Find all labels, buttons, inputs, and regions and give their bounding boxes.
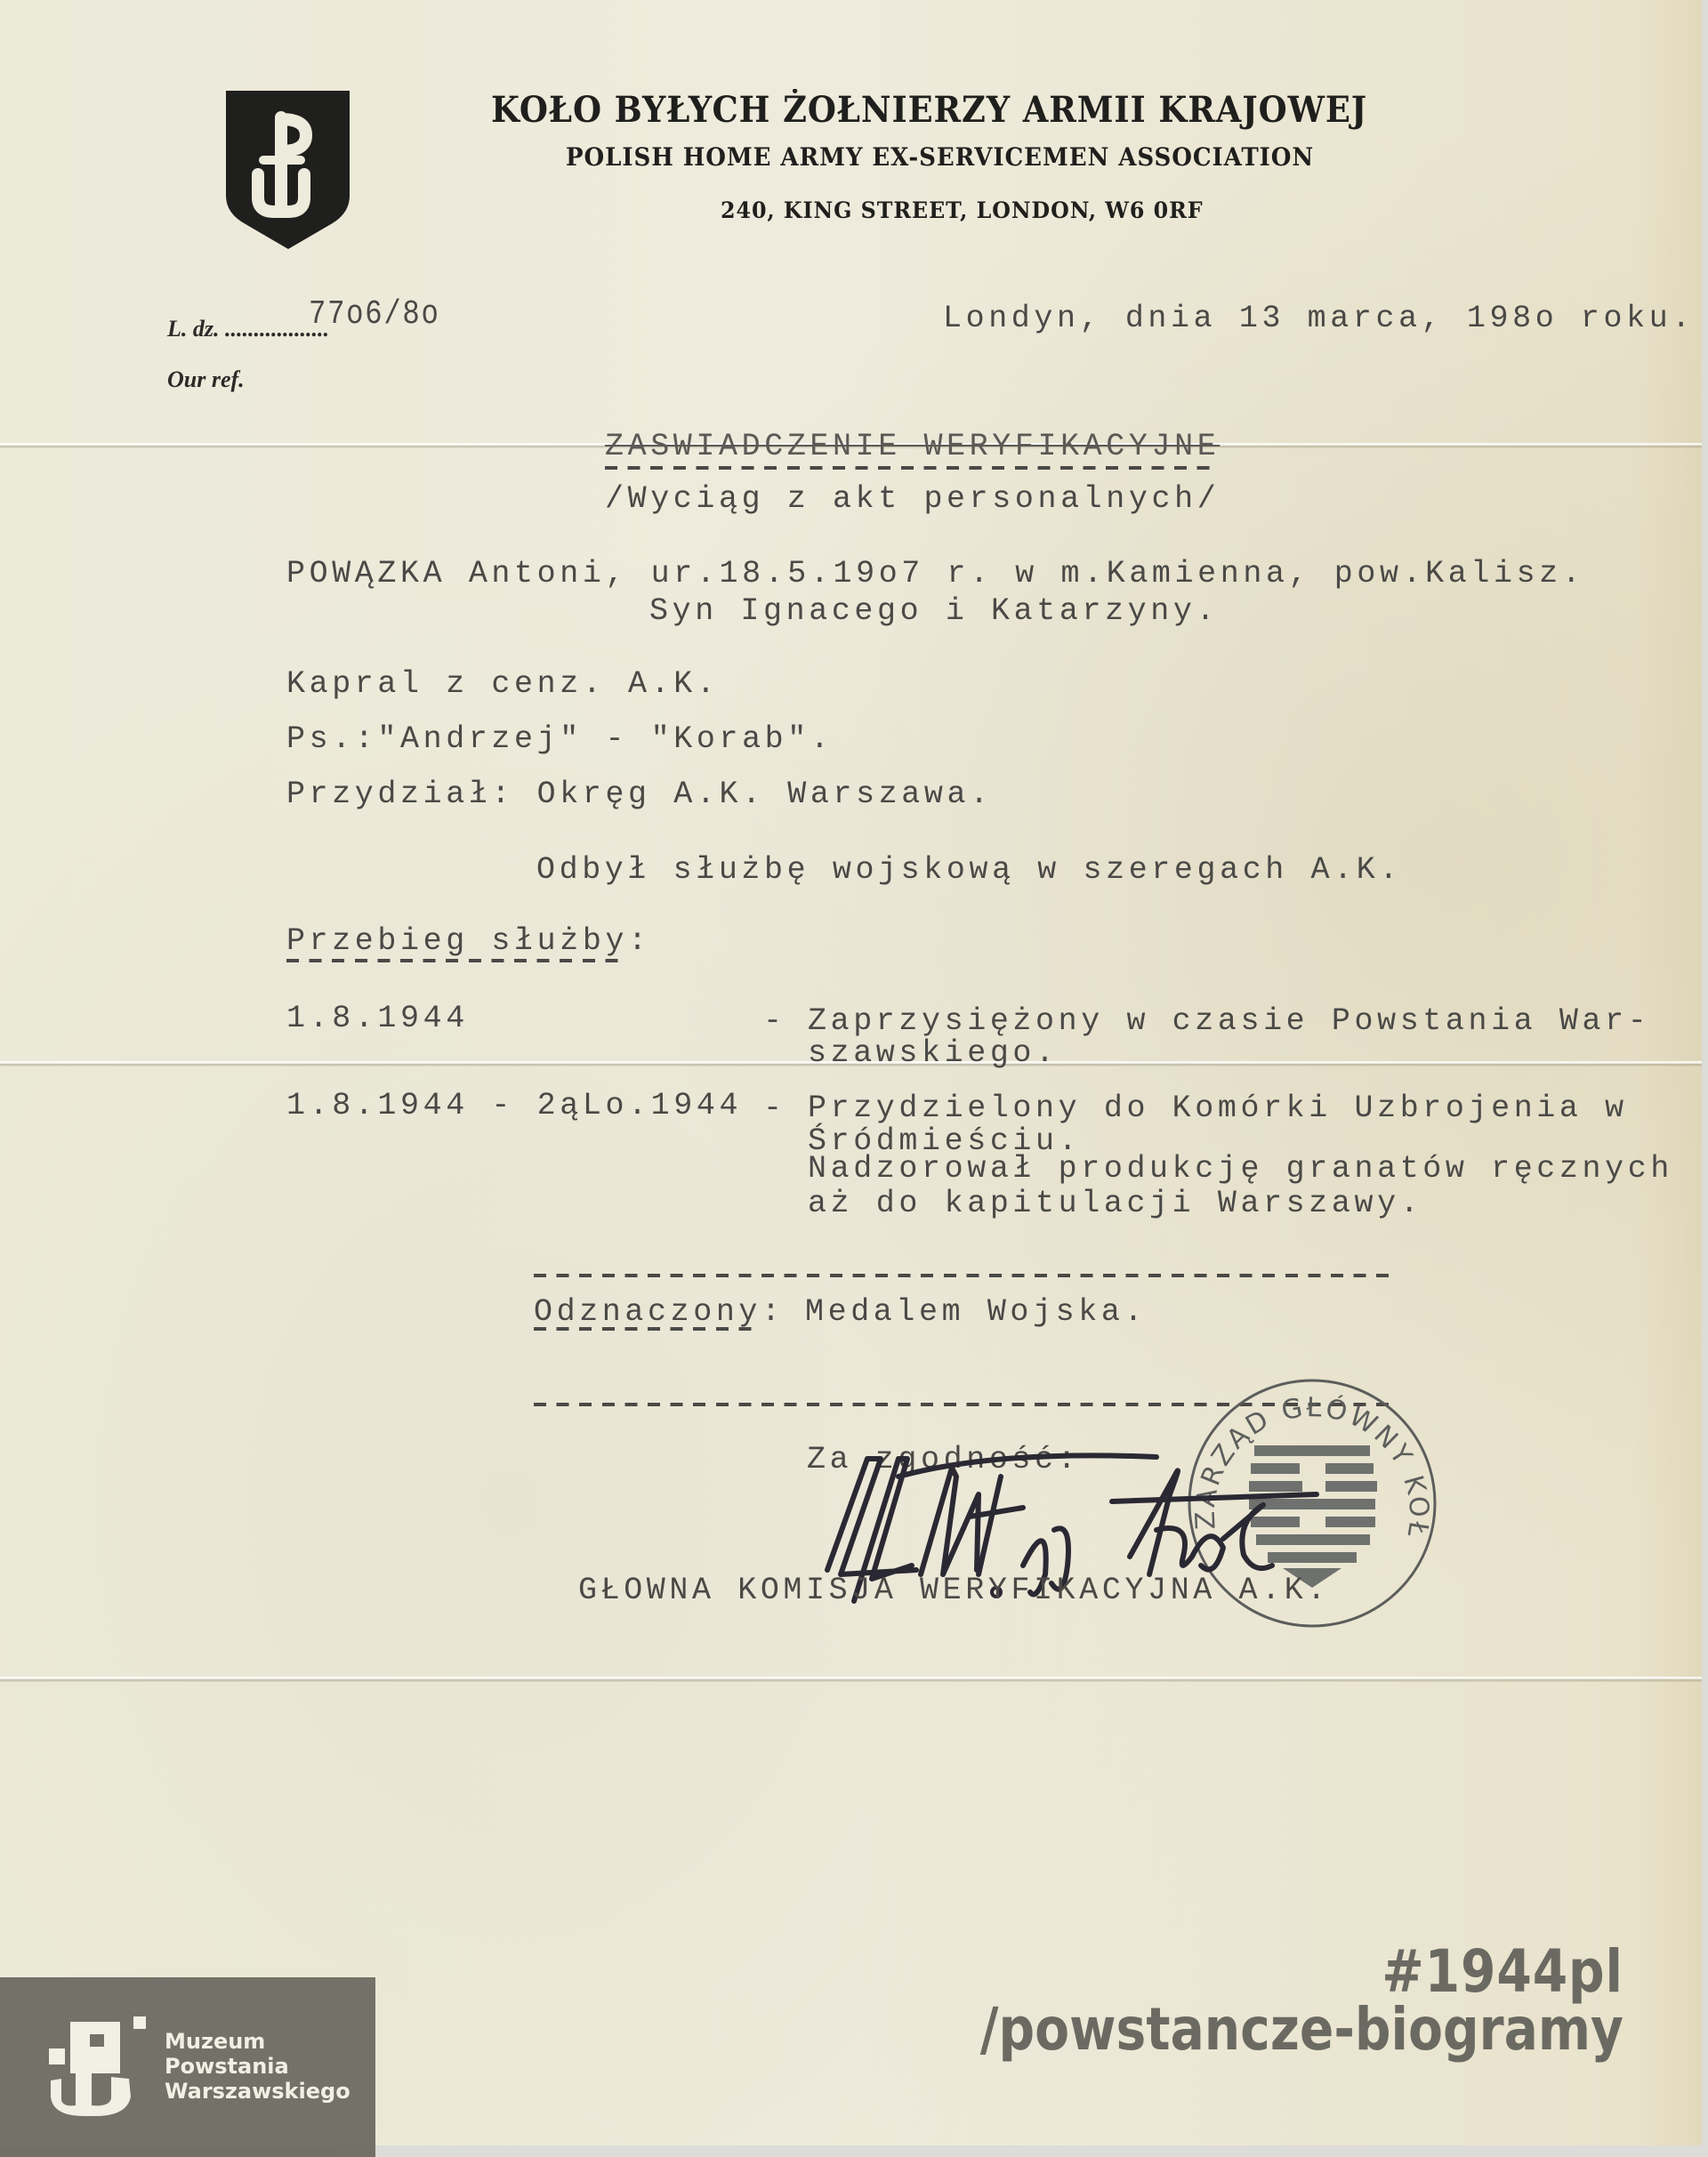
title-underline: [605, 466, 1219, 470]
ldz-value: 77o6/8o: [309, 298, 440, 332]
pseudonym-line: Ps.:"Andrzej" - "Korab".: [286, 724, 833, 755]
entry-dash: -: [763, 1093, 786, 1124]
decoration-value: Medalem Wojska.: [805, 1297, 1147, 1328]
museum-badge: Muzeum Powstania Warszawskiego: [0, 1977, 375, 2157]
museum-name-line: Powstania: [165, 2054, 350, 2079]
assignment-line: Przydział: Okręg A.K. Warszawa.: [286, 779, 993, 810]
org-name-en: POLISH HOME ARMY EX-SERVICEMEN ASSOCIATI…: [566, 142, 1314, 172]
person-line: POWĄZKA Antoni, ur.18.5.19o7 r. w m.Kami…: [286, 559, 1584, 590]
document-title: ZASWIADCZENIE WERYFIKACYJNE: [605, 431, 1220, 463]
date-line: Londyn, dnia 13 marca, 198o roku.: [943, 303, 1695, 334]
entry-line: Przydzielony do Komórki Uzbrojenia w: [808, 1093, 1628, 1124]
heading-underline: [286, 959, 624, 962]
museum-logo-icon: [49, 2011, 147, 2118]
service-history-heading: Przebieg służby:: [286, 926, 651, 957]
entry-line: szawskiego.: [808, 1038, 1059, 1069]
decoration-underline: [534, 1327, 756, 1331]
separator-dashes: [534, 1274, 1392, 1277]
ldz-label: L. dz. ..................: [167, 316, 329, 342]
org-name-pl: KOŁO BYŁYCH ŻOŁNIERZY ARMII KRAJOWEJ: [491, 89, 1367, 131]
decoration-label: Odznaczony:: [534, 1297, 785, 1328]
entry-line: Nadzorował produkcję granatów ręcznych: [808, 1154, 1673, 1185]
entry-dash: -: [763, 1006, 786, 1037]
entry-date: 1.8.1944: [286, 1003, 469, 1034]
museum-name-line: Warszawskiego: [165, 2079, 350, 2104]
entry-line: aż do kapitulacji Warszawy.: [808, 1188, 1422, 1219]
our-ref-label: Our ref.: [167, 366, 245, 393]
biogram-path-label: /powstancze-biogramy: [980, 1995, 1623, 2064]
parents-line: Syn Ignacego i Katarzyny.: [649, 596, 1219, 627]
org-address: 240, KING STREET, LONDON, W6 0RF: [721, 197, 1204, 223]
document-subtitle: /Wyciąg z akt personalnych/: [605, 484, 1220, 515]
signatory-line: GŁOWNA KOMISJA WERYFIKACYJNA A.K.: [578, 1575, 1330, 1606]
museum-name: Muzeum Powstania Warszawskiego: [165, 2029, 350, 2104]
museum-name-line: Muzeum: [165, 2029, 350, 2054]
entry-line: Zaprzysiężony w czasie Powstania War-: [808, 1006, 1650, 1037]
entry-date: 1.8.1944 - 2ąLo.1944: [286, 1091, 742, 1122]
fold-line: [0, 1677, 1702, 1682]
service-line: Odbył służbę wojskową w szeregach A.K.: [536, 855, 1402, 886]
rank-line: Kapral z cenz. A.K.: [286, 669, 719, 700]
document-paper: KOŁO BYŁYCH ŻOŁNIERZY ARMII KRAJOWEJ POL…: [0, 0, 1702, 2145]
kotwica-shield-icon: [224, 89, 351, 251]
